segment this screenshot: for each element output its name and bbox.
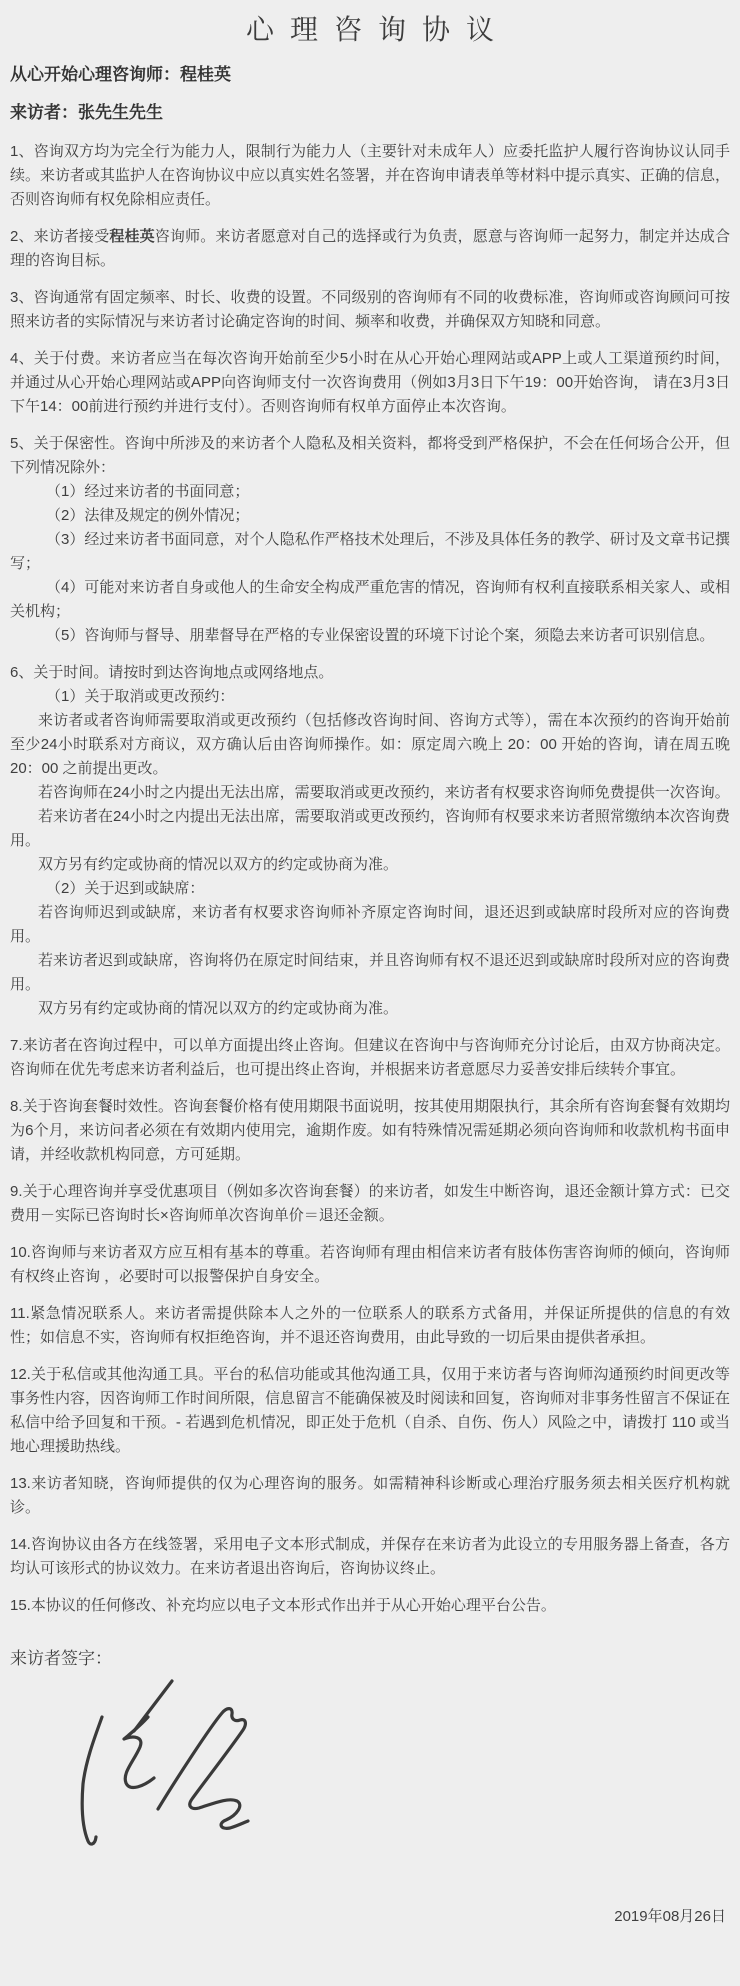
clause-5: 5、关于保密性。咨询中所涉及的来访者个人隐私及相关资料，都将受到严格保护，不会在… [10, 432, 730, 648]
clause-2-counselor-name: 程桂英 [109, 228, 154, 245]
clause-6-sub-2-para-3: 双方另有约定或协商的情况以双方的约定或协商为准。 [10, 997, 730, 1021]
clause-5-item-4: （4）可能对来访者自身或他人的生命安全构成严重危害的情况，咨询师有权利直接联系相… [10, 576, 730, 624]
clause-6-sub-1-para-1: 来访者或者咨询师需要取消或更改预约（包括修改咨询时间、咨询方式等），需在本次预约… [10, 709, 730, 781]
clause-2: 2、来访者接受程桂英咨询师。来访者愿意对自己的选择或行为负责，愿意与咨询师一起努… [10, 225, 730, 273]
visitor-signature-label: 来访者签字： [10, 1644, 730, 1669]
clause-6-sub-2-para-2: 若来访者迟到或缺席，咨询将仍在原定时间结束，并且咨询师有权不退还迟到或缺席时段所… [10, 949, 730, 997]
clause-5-item-5: （5）咨询师与督导、朋辈督导在严格的专业保密设置的环境下讨论个案，须隐去来访者可… [10, 624, 730, 648]
clause-15: 15.本协议的任何修改、补充均应以电子文本形式作出并于从心开始心理平台公告。 [10, 1594, 730, 1618]
clause-6-sub-2-head: （2）关于迟到或缺席： [10, 877, 730, 901]
clause-5-head: 5、关于保密性。咨询中所涉及的来访者个人隐私及相关资料，都将受到严格保护，不会在… [10, 432, 730, 480]
clause-10: 10.咨询师与来访者双方应互相有基本的尊重。若咨询师有理由相信来访者有肢体伤害咨… [10, 1241, 730, 1289]
clause-13: 13.来访者知晓，咨询师提供的仅为心理咨询的服务。如需精神科诊断或心理治疗服务须… [10, 1472, 730, 1520]
clause-9: 9.关于心理咨询并享受优惠项目（例如多次咨询套餐）的来访者，如发生中断咨询，退还… [10, 1180, 730, 1228]
clause-6-sub-1-head: （1）关于取消或更改预约： [10, 685, 730, 709]
clause-6-sub-1-para-4: 双方另有约定或协商的情况以双方的约定或协商为准。 [10, 853, 730, 877]
clause-6-sub-2-para-1: 若咨询师迟到或缺席，来访者有权要求咨询师补齐原定咨询时间，退还迟到或缺席时段所对… [10, 901, 730, 949]
clause-12: 12.关于私信或其他沟通工具。平台的私信功能或其他沟通工具，仅用于来访者与咨询师… [10, 1363, 730, 1459]
signature-ink-icon [78, 1679, 298, 1859]
agreement-date: 2019年08月26日 [10, 1905, 730, 1926]
clause-5-item-1: （1）经过来访者的书面同意； [10, 480, 730, 504]
clause-4: 4、关于付费。来访者应当在每次咨询开始前至少5小时在从心开始心理网站或APP上或… [10, 347, 730, 419]
clause-7: 7.来访者在咨询过程中，可以单方面提出终止咨询。但建议在咨询中与咨询师充分讨论后… [10, 1034, 730, 1082]
clause-11: 11.紧急情况联系人。来访者需提供除本人之外的一位联系人的联系方式备用，并保证所… [10, 1302, 730, 1350]
clause-6: 6、关于时间。请按时到达咨询地点或网络地点。 （1）关于取消或更改预约： 来访者… [10, 661, 730, 1021]
clause-6-sub-1-para-3: 若来访者在24小时之内提出无法出席，需要取消或更改预约，咨询师有权要求来访者照常… [10, 805, 730, 853]
clause-8: 8.关于咨询套餐时效性。咨询套餐价格有使用期限书面说明，按其使用期限执行，其余所… [10, 1095, 730, 1167]
clause-6-head: 6、关于时间。请按时到达咨询地点或网络地点。 [10, 661, 730, 685]
clause-2-prefix: 2、来访者接受 [10, 228, 109, 245]
agreement-document: 心理咨询协议 从心开始心理咨询师：程桂英 来访者：张先生先生 1、咨询双方均为完… [0, 0, 740, 1986]
clause-5-item-2: （2）法律及规定的例外情况； [10, 504, 730, 528]
visitor-line: 来访者：张先生先生 [10, 102, 730, 124]
clause-1: 1、咨询双方均为完全行为能力人，限制行为能力人（主要针对未成年人）应委托监护人履… [10, 140, 730, 212]
clause-14: 14.咨询协议由各方在线签署，采用电子文本形式制成，并保存在来访者为此设立的专用… [10, 1533, 730, 1581]
visitor-signature [78, 1679, 298, 1859]
counselor-line: 从心开始心理咨询师：程桂英 [10, 64, 730, 86]
page-title: 心理咨询协议 [10, 8, 730, 48]
clause-3: 3、咨询通常有固定频率、时长、收费的设置。不同级别的咨询师有不同的收费标准，咨询… [10, 286, 730, 334]
clause-5-item-3: （3）经过来访者书面同意，对个人隐私作严格技术处理后，不涉及具体任务的教学、研讨… [10, 528, 730, 576]
clause-6-sub-1-para-2: 若咨询师在24小时之内提出无法出席，需要取消或更改预约，来访者有权要求咨询师免费… [10, 781, 730, 805]
